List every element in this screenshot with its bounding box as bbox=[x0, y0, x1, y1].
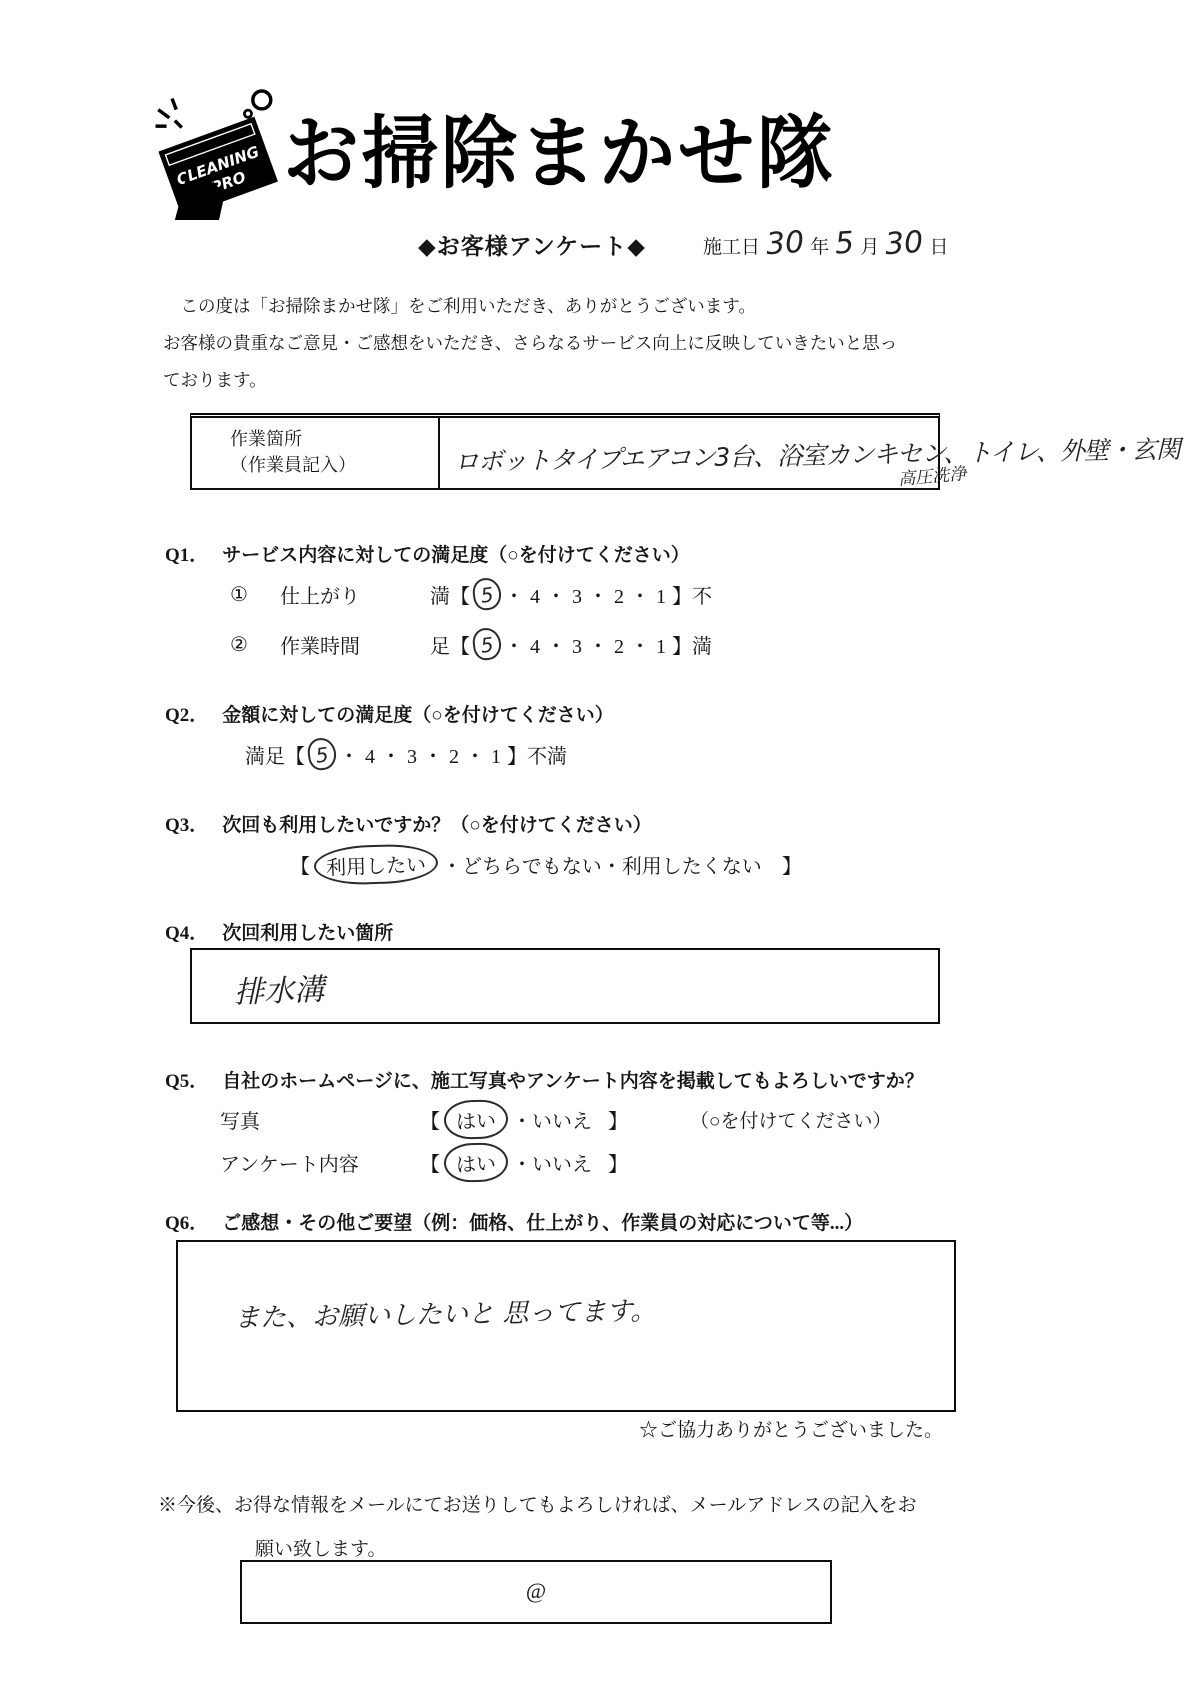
question-3-title: Q3．次回も利用したいですか？（○を付けてください） bbox=[165, 810, 652, 837]
brand-title: お掃除まかせ隊 bbox=[283, 90, 836, 203]
q5-content-bracket-close: 】 bbox=[608, 1148, 628, 1177]
q3-other-options: ・どちらでもない・利用したくない bbox=[442, 850, 762, 879]
question-2-number: Q2． bbox=[165, 705, 208, 726]
q5-content-selected-circle: はい bbox=[443, 1142, 508, 1183]
q1-item2-number: ② bbox=[230, 632, 280, 657]
q5-content-bracket-open: 【 bbox=[420, 1148, 440, 1177]
q4-answer-box: 排水溝 bbox=[190, 948, 940, 1024]
work-area-entry-cell: ロボットタイプエアコン3台、浴室カンキセン、トイレ、外壁・玄関 高圧洗浄 bbox=[440, 418, 938, 488]
q1-rating-row-finish: ① 仕上がり 満【 5 ・4・3・2・1 】不 bbox=[230, 578, 712, 610]
question-6-number: Q6． bbox=[165, 1213, 208, 1234]
intro-line-3: ております。 bbox=[163, 362, 978, 399]
question-2-title: Q2．金額に対しての満足度（○を付けてください） bbox=[165, 700, 614, 727]
intro-line-2: お客様の貴重なご意見・ご感想をいただき、さらなるサービス向上に反映していきたいと… bbox=[163, 325, 978, 362]
intro-paragraph: この度は「お掃除まかせ隊」をご利用いただき、ありがとうございます。 お客様の貴重… bbox=[163, 288, 978, 399]
email-notice-line2: 願い致します。 bbox=[255, 1534, 386, 1561]
work-area-table: 作業箇所 （作業員記入） ロボットタイプエアコン3台、浴室カンキセン、トイレ、外… bbox=[190, 413, 940, 490]
date-month-unit: 月 bbox=[860, 232, 879, 259]
construction-date-row: 施工日 30 年 5 月 30 日 bbox=[703, 226, 949, 261]
scanned-survey-document: { "logo": { "brand": "お掃除まかせ隊", "icon_li… bbox=[0, 0, 1191, 1685]
q1-rating-row-worktime: ② 作業時間 足【 5 ・4・3・2・1 】満 bbox=[230, 628, 712, 660]
q5-row-photo: 写真 【 はい ・いいえ 】 （○を付けてください） bbox=[220, 1100, 891, 1139]
q1-item1-scale-options: ・4・3・2・1 bbox=[504, 580, 672, 609]
work-area-entry-handwritten: ロボットタイプエアコン3台、浴室カンキセン、トイレ、外壁・玄関 bbox=[454, 430, 1180, 479]
date-day-unit: 日 bbox=[930, 232, 949, 259]
q2-scale-prefix: 満足【 bbox=[245, 740, 305, 769]
date-month-value: 5 bbox=[834, 225, 855, 261]
q1-item2-selected-rating-circle: 5 bbox=[471, 626, 503, 661]
date-year-unit: 年 bbox=[810, 232, 829, 259]
q5-row-survey-content: アンケート内容 【 はい ・いいえ 】 bbox=[220, 1143, 628, 1182]
q3-options-row: 【 利用したい ・どちらでもない・利用したくない 】 bbox=[290, 845, 802, 884]
q3-bracket-close: 】 bbox=[782, 850, 802, 879]
work-area-label-line1: 作業箇所 bbox=[230, 426, 438, 452]
email-notice-line1: ※今後、お得な情報をメールにてお送りしてもよろしければ、メールアドレスの記入をお bbox=[158, 1490, 917, 1517]
q1-item2-scale-prefix: 足【 bbox=[430, 630, 470, 659]
question-4-title: Q4．次回利用したい箇所 bbox=[165, 918, 393, 945]
q6-comment-box: また、お願いしたいと 思ってます。 bbox=[176, 1240, 956, 1412]
q1-item1-selected-rating-circle: 5 bbox=[471, 576, 503, 611]
q1-item2-scale-options: ・4・3・2・1 bbox=[504, 630, 672, 659]
date-year-value: 30 bbox=[765, 225, 806, 263]
email-address-box: @ bbox=[240, 1560, 832, 1624]
q1-item1-scale-prefix: 満【 bbox=[430, 580, 470, 609]
q5-photo-label: 写真 bbox=[220, 1105, 420, 1134]
intro-line-1: この度は「お掃除まかせ隊」をご利用いただき、ありがとうございます。 bbox=[163, 288, 978, 325]
survey-title: ◆お客様アンケート◆ bbox=[418, 228, 646, 261]
q5-photo-bracket-open: 【 bbox=[420, 1105, 440, 1134]
q1-item1-scale-suffix: 】不 bbox=[672, 580, 712, 609]
q5-content-other-option: ・いいえ bbox=[512, 1148, 592, 1177]
q5-circle-note: （○を付けてください） bbox=[690, 1106, 891, 1133]
work-area-label: 作業箇所 （作業員記入） bbox=[192, 418, 440, 488]
q1-item2-label: 作業時間 bbox=[280, 630, 430, 659]
q5-photo-selected-circle: はい bbox=[443, 1099, 508, 1140]
q5-photo-other-option: ・いいえ bbox=[512, 1105, 592, 1134]
q5-content-label: アンケート内容 bbox=[220, 1148, 420, 1177]
q2-selected-rating-circle: 5 bbox=[306, 736, 338, 771]
email-at-sign: @ bbox=[526, 1578, 546, 1603]
question-4-number: Q4． bbox=[165, 923, 208, 944]
work-area-entry-sub-handwritten: 高圧洗浄 bbox=[897, 459, 967, 490]
q2-rating-row: 満足【 5 ・4・3・2・1 】不満 bbox=[245, 738, 567, 770]
thanks-message: ☆ご協力ありがとうございました。 bbox=[598, 1415, 943, 1442]
question-5-title: Q5．自社のホームページに、施工写真やアンケート内容を掲載してもよろしいですか？ bbox=[165, 1066, 924, 1093]
cleaning-pro-icon: CLEANING PRO bbox=[150, 82, 288, 220]
q5-photo-bracket-close: 】 bbox=[608, 1105, 628, 1134]
q4-answer-handwritten: 排水溝 bbox=[233, 964, 324, 1011]
q3-selected-option-circle: 利用したい bbox=[313, 843, 438, 886]
q6-comment-handwritten: また、お願いしたいと 思ってます。 bbox=[234, 1290, 657, 1334]
question-1-number: Q1． bbox=[165, 545, 208, 566]
q1-item2-scale-suffix: 】満 bbox=[672, 630, 712, 659]
q2-scale-suffix: 】不満 bbox=[507, 740, 567, 769]
date-label: 施工日 bbox=[703, 232, 760, 259]
q2-scale-options: ・4・3・2・1 bbox=[339, 740, 507, 769]
question-5-number: Q5． bbox=[165, 1071, 208, 1092]
q1-item1-number: ① bbox=[230, 582, 280, 607]
question-6-title: Q6．ご感想・その他ご要望（例：価格、仕上がり、作業員の対応について等...） bbox=[165, 1208, 863, 1235]
q1-item1-label: 仕上がり bbox=[280, 580, 430, 609]
q3-bracket-open: 【 bbox=[290, 850, 310, 879]
date-day-value: 30 bbox=[884, 225, 925, 263]
question-3-number: Q3． bbox=[165, 815, 208, 836]
question-1-title: Q1．サービス内容に対しての満足度（○を付けてください） bbox=[165, 540, 690, 567]
work-area-label-line2: （作業員記入） bbox=[230, 452, 438, 478]
